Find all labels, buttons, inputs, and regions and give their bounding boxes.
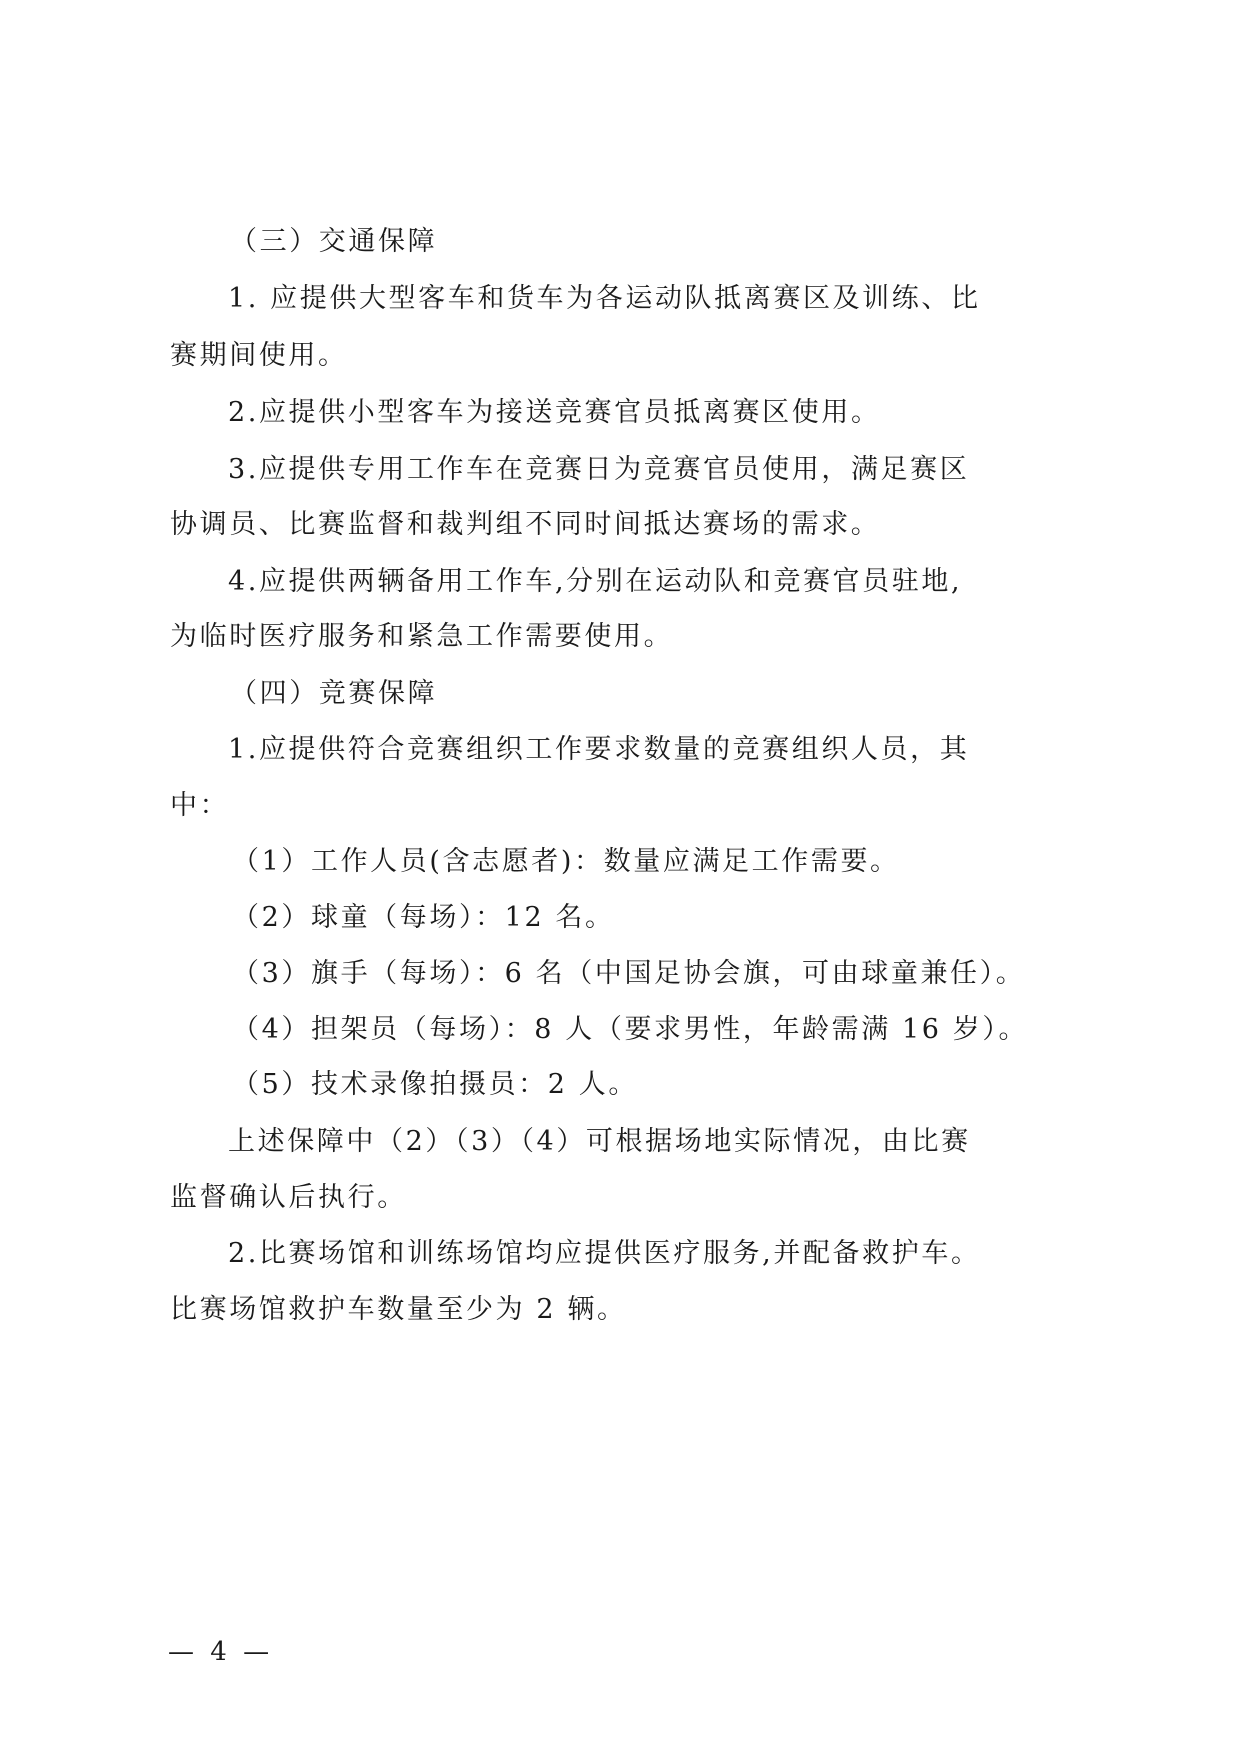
list-item: （2）球童（每场）：12 名。 bbox=[232, 898, 1132, 938]
paragraph-line: 1. 应提供大型客车和货车为各运动队抵离赛区及训练、比 bbox=[228, 279, 1128, 319]
paragraph-line: 2.比赛场馆和训练场馆均应提供医疗服务,并配备救护车。 bbox=[228, 1234, 1128, 1274]
paragraph-line: 3.应提供专用工作车在竞赛日为竞赛官员使用，满足赛区 bbox=[228, 450, 1128, 490]
paragraph-line: 中： bbox=[170, 786, 1070, 826]
section-heading-transport: （三）交通保障 bbox=[230, 222, 1130, 262]
paragraph-line: 上述保障中（2）（3）（4）可根据场地实际情况，由比赛 bbox=[228, 1122, 1128, 1162]
paragraph-line: 协调员、比赛监督和裁判组不同时间抵达赛场的需求。 bbox=[170, 505, 1070, 545]
paragraph-line: 为临时医疗服务和紧急工作需要使用。 bbox=[170, 617, 1070, 657]
list-item: （1）工作人员(含志愿者)：数量应满足工作需要。 bbox=[232, 842, 1132, 882]
paragraph-line: 4.应提供两辆备用工作车,分别在运动队和竞赛官员驻地, bbox=[228, 562, 1128, 602]
list-item: （5）技术录像拍摄员：2 人。 bbox=[232, 1065, 1132, 1105]
paragraph-line: 比赛场馆救护车数量至少为 2 辆。 bbox=[170, 1290, 1070, 1330]
document-page: （三）交通保障 1. 应提供大型客车和货车为各运动队抵离赛区及训练、比 赛期间使… bbox=[0, 0, 1241, 1754]
paragraph-line: 2.应提供小型客车为接送竞赛官员抵离赛区使用。 bbox=[228, 393, 1128, 433]
paragraph-line: 1.应提供符合竞赛组织工作要求数量的竞赛组织人员，其 bbox=[228, 730, 1128, 770]
paragraph-line: 监督确认后执行。 bbox=[170, 1178, 1070, 1218]
page-number: — 4 — bbox=[168, 1634, 273, 1670]
paragraph-line: 赛期间使用。 bbox=[170, 336, 1070, 376]
section-heading-competition: （四）竞赛保障 bbox=[230, 674, 1130, 714]
list-item: （3）旗手（每场）：6 名（中国足协会旗，可由球童兼任）。 bbox=[232, 954, 1132, 994]
list-item: （4）担架员（每场）：8 人（要求男性，年龄需满 16 岁）。 bbox=[232, 1010, 1132, 1050]
